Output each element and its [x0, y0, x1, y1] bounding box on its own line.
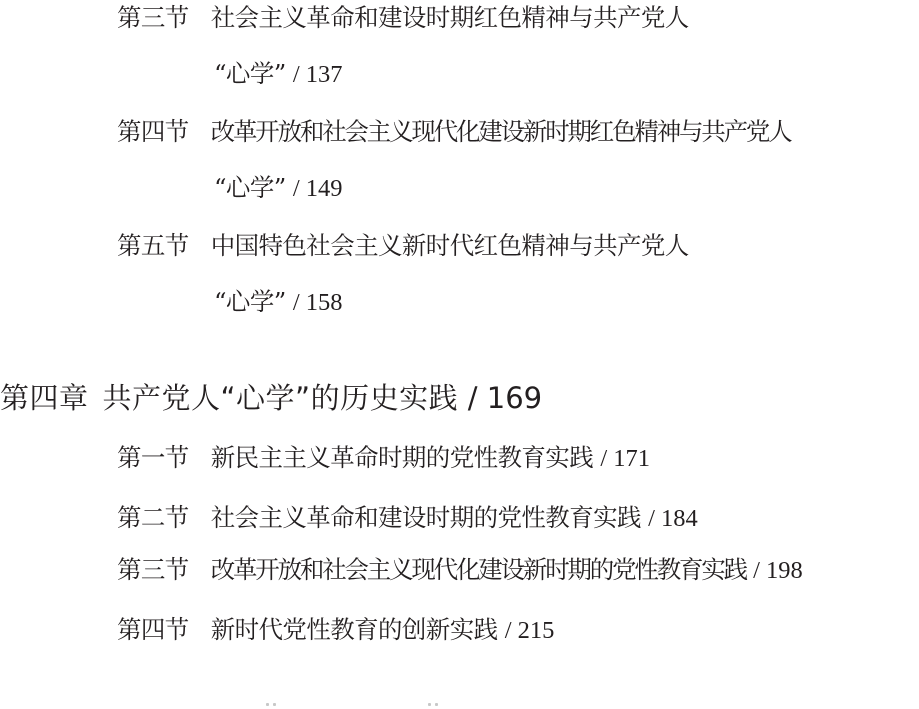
section-label: 第四节: [117, 120, 189, 145]
cutoff-mark: [266, 703, 269, 706]
toc-section-entry: 第四节改革开放和社会主义现代化建设新时期红色精神与共产党人: [117, 120, 791, 145]
section-label: 第二节: [117, 506, 189, 531]
section-label: 第三节: [117, 558, 189, 583]
toc-section-entry: 第二节社会主义革命和建设时期的党性教育实践 / 184: [117, 506, 698, 532]
cutoff-mark: [435, 703, 438, 706]
page-number: / 198: [753, 557, 803, 584]
section-label: 第三节: [117, 6, 189, 31]
chapter-label: 第四章: [0, 384, 89, 413]
section-title-continuation: “心学”: [214, 59, 286, 88]
toc-section-entry: 第五节中国特色社会主义新时代红色精神与共产党人: [117, 234, 689, 259]
page-number: / 137: [293, 61, 343, 88]
section-title: 新时代党性教育的创新实践: [211, 615, 498, 644]
page-number: / 158: [293, 289, 343, 316]
toc-section-entry: 第三节改革开放和社会主义现代化建设新时期的党性教育实践 / 198: [117, 558, 803, 584]
toc-section-entry: 第一节新民主主义革命时期的党性教育实践 / 171: [117, 446, 650, 472]
toc-section-continuation: “心学” / 158: [214, 290, 343, 316]
toc-section-continuation: “心学” / 137: [214, 62, 343, 88]
cutoff-mark: [273, 703, 276, 706]
section-title: 社会主义革命和建设时期的党性教育实践: [211, 503, 641, 532]
section-title-continuation: “心学”: [214, 287, 286, 316]
page-number: / 215: [505, 617, 555, 644]
section-title: 改革开放和社会主义现代化建设新时期的党性教育实践: [211, 555, 746, 584]
section-title: 中国特色社会主义新时代红色精神与共产党人: [211, 231, 689, 260]
section-label: 第一节: [117, 446, 189, 471]
section-title: 改革开放和社会主义现代化建设新时期红色精神与共产党人: [211, 117, 791, 146]
page-number: / 171: [600, 445, 650, 472]
toc-chapter-heading: 第四章共产党人“心学”的历史实践 / 169: [0, 384, 542, 413]
page-number: / 184: [648, 505, 698, 532]
toc-section-entry: 第四节新时代党性教育的创新实践 / 215: [117, 618, 554, 644]
section-label: 第五节: [117, 234, 189, 259]
page-number: / 149: [293, 175, 343, 202]
chapter-title: 共产党人“心学”的历史实践: [103, 381, 459, 415]
section-label: 第四节: [117, 618, 189, 643]
cutoff-mark: [428, 703, 431, 706]
section-title-continuation: “心学”: [214, 173, 286, 202]
toc-section-continuation: “心学” / 149: [214, 176, 343, 202]
page-number: / 169: [468, 381, 542, 415]
section-title: 社会主义革命和建设时期红色精神与共产党人: [211, 3, 689, 32]
section-title: 新民主主义革命时期的党性教育实践: [211, 443, 593, 472]
toc-section-entry: 第三节社会主义革命和建设时期红色精神与共产党人: [117, 6, 689, 31]
